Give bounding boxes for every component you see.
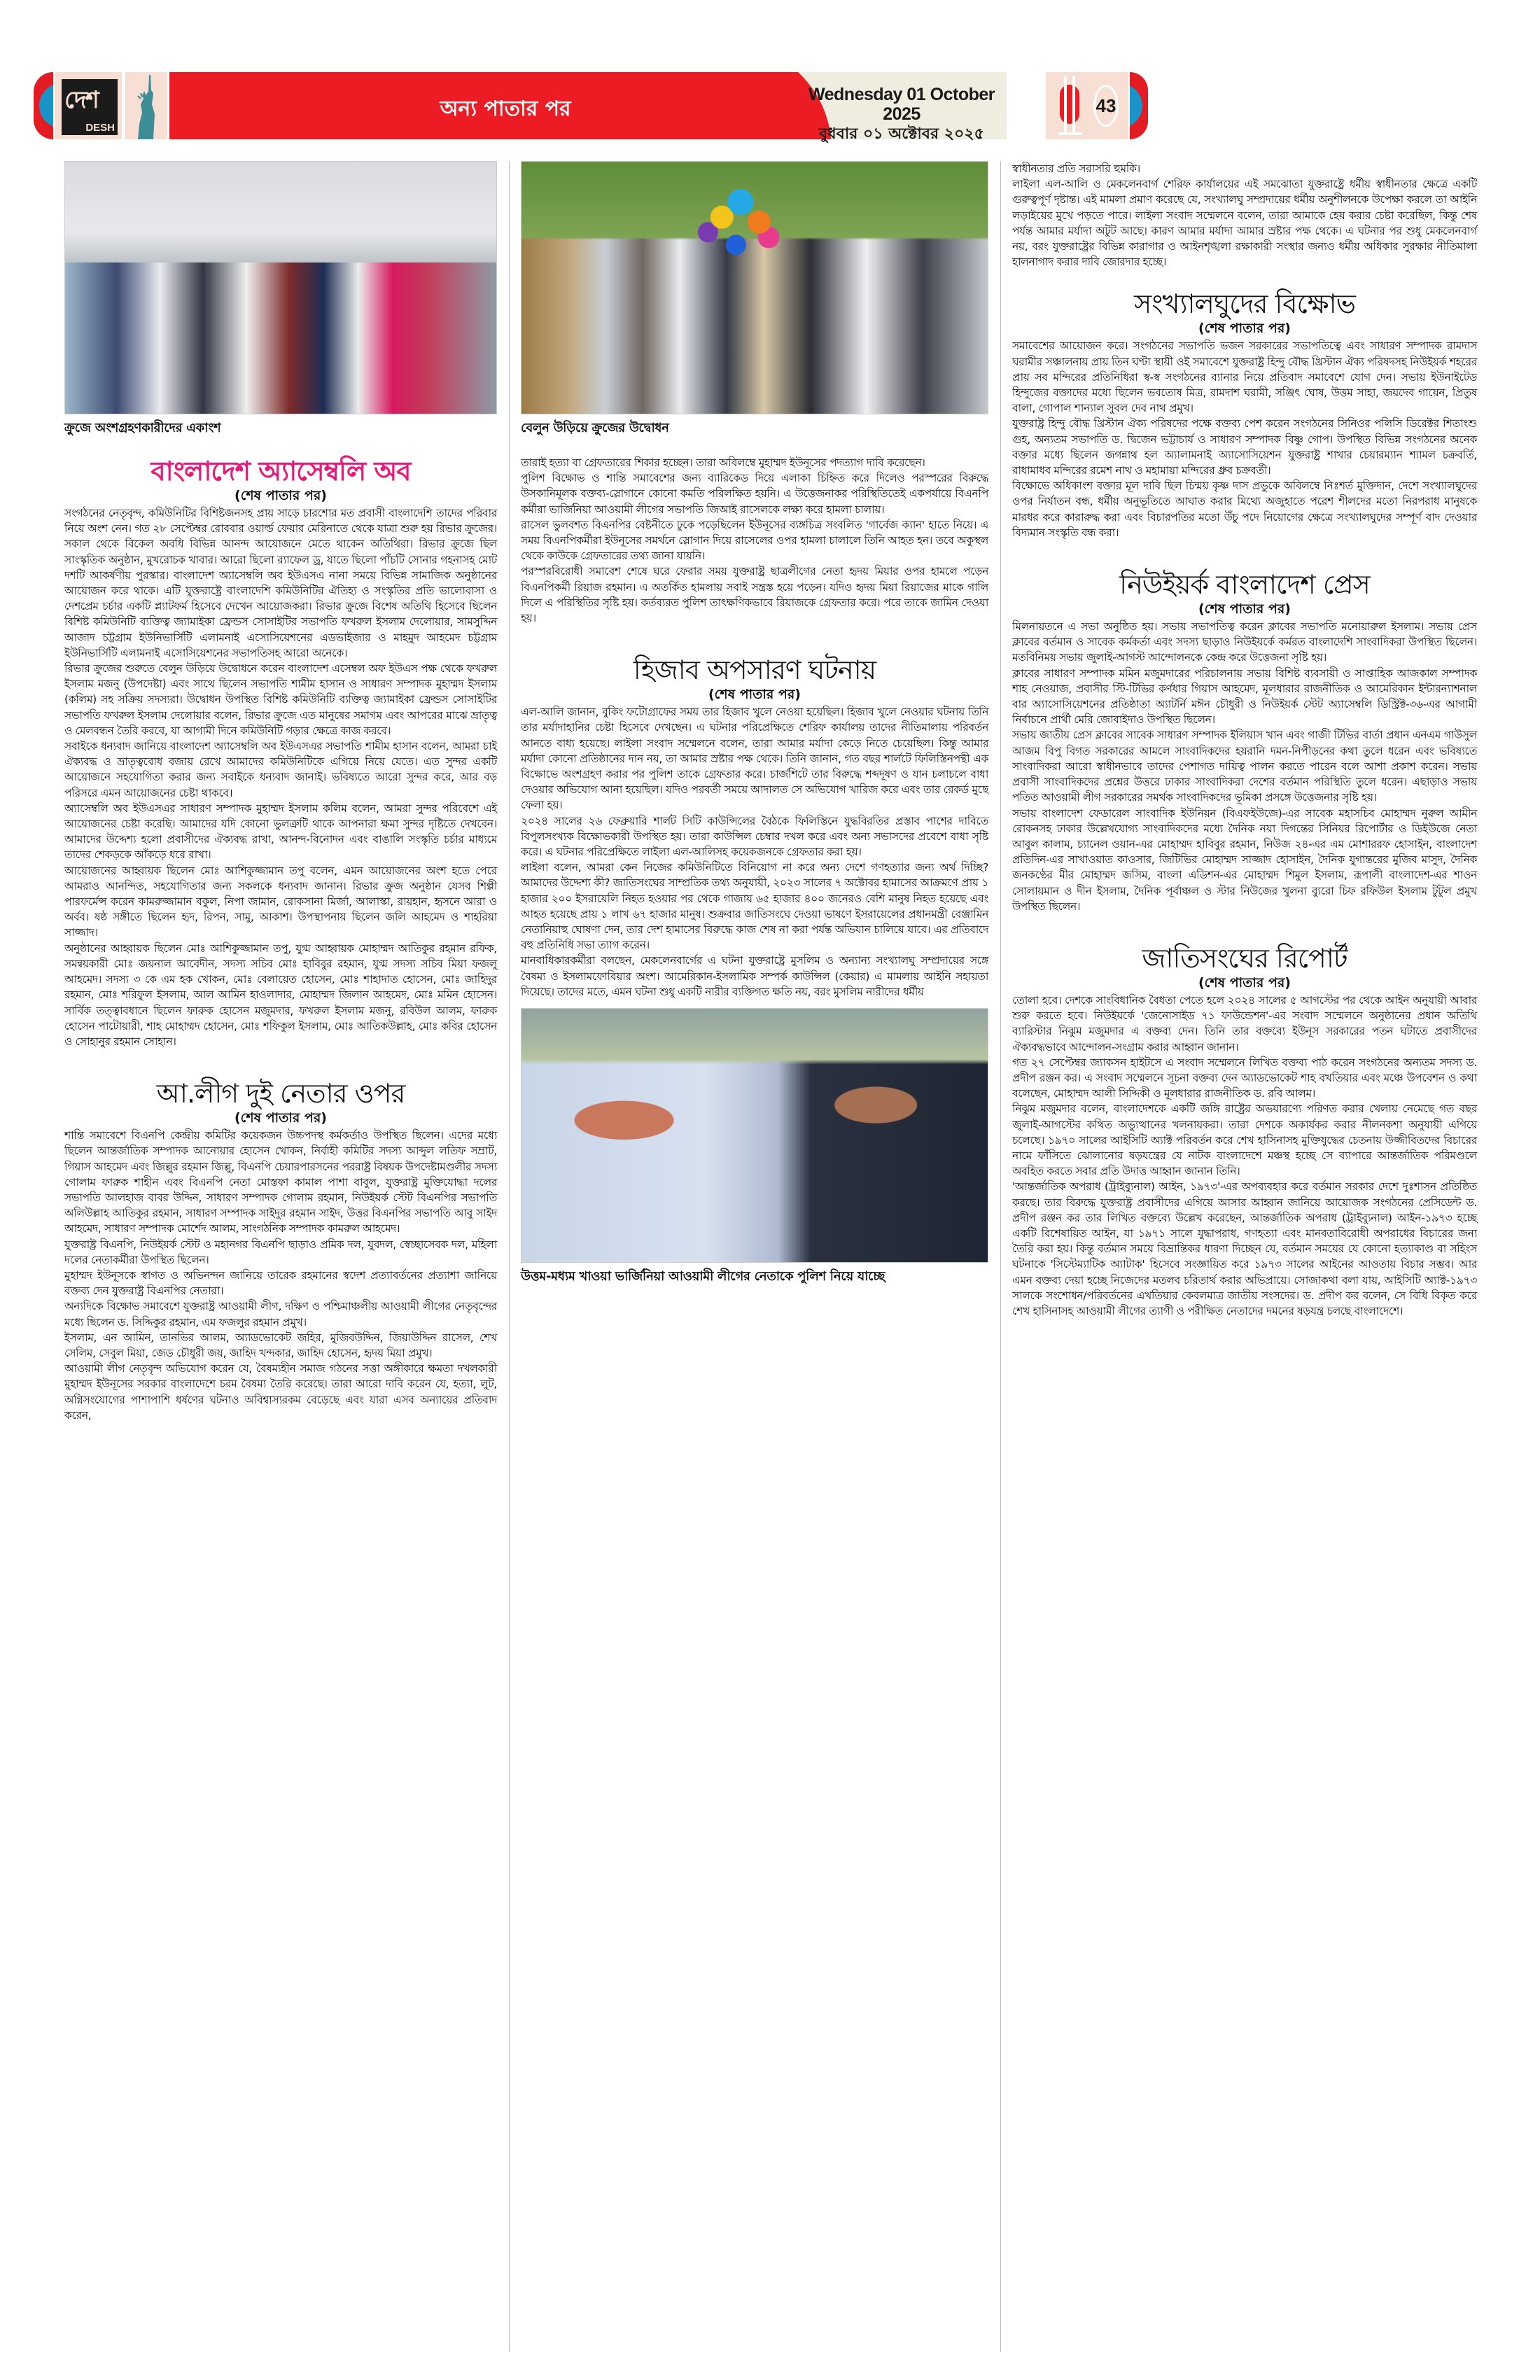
paragraph: আওয়ামী লীগ নেতৃবৃন্দ অভিযোগ করেন যে, বৈ… [64,1361,497,1423]
article-headline[interactable]: আ.লীগ দুই নেতার ওপর [64,1077,497,1109]
column-middle: বেলুন উড়িয়ে ক্রুজের উদ্বোধন তারাই হত্য… [521,161,988,1285]
issue-date: Wednesday 01 October 2025 বুধবার ০১ অক্ট… [797,85,1007,145]
article-body: সমাবেশের আয়োজন করে। সংগঠনের সভাপতি ভজন … [1012,338,1477,540]
article-un-report: জাতিসংঘের রিপোর্ট (শেষ পাতার পর) তোলা হব… [1012,942,1477,1319]
paragraph: লাইলা এল-আলি ও মেকলেনবার্গ শেরিফ কার্যাল… [1012,176,1477,269]
paragraph: লাইলা বলেন, আমরা কেন নিজের কমিউনিটিতে বি… [521,860,988,953]
section-title: অন্য পাতার পর [379,92,631,127]
paragraph: মানবাধিকারকর্মীরা বলছেন, মেকলেনবার্গের এ… [521,953,988,1000]
paragraph: মিলনায়তনে এ সভা অনুষ্ঠিত হয়। সভায় সভা… [1012,619,1477,666]
masthead-left-cap [34,72,53,139]
photo-police-awami-leader: উত্তম-মধ্যম খাওয়া ভার্জিনিয়া আওয়ামী ল… [521,1008,988,1285]
continued-label: (শেষ পাতার পর) [1012,320,1477,337]
article-body: তোলা হবে। দেশকে সাংবিধানিক বৈধতা পেতে হল… [1012,993,1477,1319]
article-headline[interactable]: হিজাব অপসারণ ঘটনায় [521,654,988,686]
paragraph: মুহাম্মদ ইউনূসকে স্বাগত ও অভিনন্দন জানিয… [64,1268,497,1298]
photo-image[interactable] [64,161,497,414]
paragraph: ইসলাম, এন আমিন, তানভির আলম, অ্যাডভোকেট জ… [64,1330,497,1361]
photo-cruise-participants: ক্রুজে অংশগ্রহণকারীদের একাংশ [64,161,497,437]
paragraph: তারাই হত্যা বা গ্রেফতারের শিকার হচ্ছেন। … [521,455,988,470]
paragraph: বিক্ষোভে অধিকাংশ বক্তার মূল দাবি ছিল চিন… [1012,478,1477,540]
continued-label: (শেষ পাতার পর) [64,487,497,504]
hijab-continuation: স্বাধীনতার প্রতি সরাসরি হুমকি। লাইলা এল-… [1012,161,1477,269]
article-body: শান্তি সমাবেশে বিএনপি কেন্দ্রীয় কমিটির … [64,1128,497,1423]
paragraph: সভায় বাংলাদেশ ফেডারেল সাংবাদিক ইউনিয়ন … [1012,806,1477,914]
photo-caption: ক্রুজে অংশগ্রহণকারীদের একাংশ [64,420,497,437]
paragraph: অনুষ্ঠানের আহ্বায়ক ছিলেন মোঃ আশিকুজ্জাম… [64,941,497,1049]
paragraph: সবাইকে ধন্যবাদ জানিয়ে বাংলাদেশ অ্যাসেম্… [64,738,497,801]
photo-image[interactable] [521,1008,988,1263]
paragraph: স্বাধীনতার প্রতি সরাসরি হুমকি। [1012,161,1477,176]
article-body: মিলনায়তনে এ সভা অনুষ্ঠিত হয়। সভায় সভা… [1012,619,1477,914]
continued-label: (শেষ পাতার পর) [1012,601,1477,617]
paragraph: অ্যাসেম্বলি অব ইউএসএর সাধারণ সম্পাদক মুহ… [64,801,497,863]
logo-english-text: DESH [85,122,115,134]
paragraph: অন্যদিকে বিক্ষোভ সমাবেশে যুক্তরাষ্ট্র আও… [64,1298,497,1329]
photo-balloon-inauguration: বেলুন উড়িয়ে ক্রুজের উদ্বোধন [521,161,988,437]
continued-label: (শেষ পাতার পর) [1012,974,1477,991]
paragraph: গত ২৭ সেপ্টেম্বর জ্যাকসন হাইটসে এ সংবাদ … [1012,1055,1477,1102]
photo-caption: বেলুন উড়িয়ে ক্রুজের উদ্বোধন [521,420,988,437]
paragraph: পুলিশ বিক্ষোভ ও শান্তি সমাবেশের জন্য ব্য… [521,470,988,517]
paragraph: সমাবেশের আয়োজন করে। সংগঠনের সভাপতি ভজন … [1012,338,1477,416]
date-english: Wednesday 01 October 2025 [797,85,1007,124]
continued-label: (শেষ পাতার পর) [64,1109,497,1126]
statue-of-liberty-icon [125,72,167,139]
paragraph: পরস্পরবিরোধী সমাবেশ শেষে ঘরে ফেরার সময় … [521,563,988,626]
date-bengali: বুধবার ০১ অক্টোবর ২০২৫ [797,124,1007,145]
awami-leaders-continuation: তারাই হত্যা বা গ্রেফতারের শিকার হচ্ছেন। … [521,455,988,626]
paragraph: যুক্তরাষ্ট্র হিন্দু বৌদ্ধ খ্রিস্টান ঐক্য… [1012,416,1477,478]
paragraph: ২০২৪ সালের ২৬ ফেব্রুয়ারি শার্লট সিটি কা… [521,813,988,860]
paragraph: এল-আলি জানান, বুকিং ফটোগ্রাফের সময় তার … [521,704,988,813]
article-headline[interactable]: বাংলাদেশ অ্যাসেম্বলি অব [64,455,497,487]
photo-caption: উত্তম-মধ্যম খাওয়া ভার্জিনিয়া আওয়ামী ল… [521,1268,988,1285]
newspaper-logo[interactable]: দেশ DESH [55,72,122,139]
column-left: ক্রুজে অংশগ্রহণকারীদের একাংশ বাংলাদেশ অ্… [64,161,497,1423]
paragraph: তোলা হবে। দেশকে সাংবিধানিক বৈধতা পেতে হল… [1012,993,1477,1055]
paragraph: রিভার ক্রুজের শুরুতে বেলুন উড়িয়ে উদ্বো… [64,661,497,738]
photo-image[interactable] [521,161,988,414]
flag-emblem-icon [1060,85,1079,124]
article-headline[interactable]: সংখ্যালঘুদের বিক্ষোভ [1012,288,1477,320]
continued-label: (শেষ পাতার পর) [521,686,988,703]
column-divider [509,161,510,2352]
column-divider [1000,161,1001,2352]
page-number: 43 [1093,85,1119,127]
article-press-club: নিউইয়র্ক বাংলাদেশ প্রেস (শেষ পাতার পর) … [1012,568,1477,914]
paragraph: সংগঠনের নেতৃবৃন্দ, কমিউনিটির বিশিষ্টজনসহ… [64,505,497,661]
masthead: দেশ DESH অন্য পাতার পর Wednesday 01 Octo… [34,72,1506,143]
paragraph: আয়োজনের আহ্বায়ক ছিলেন মোঃ আশিকুজ্জামান… [64,863,497,941]
paragraph: সভায় জাতীয় প্রেস ক্লাবের সাবেক সাধারণ … [1012,727,1477,805]
article-hijab: হিজাব অপসারণ ঘটনায় (শেষ পাতার পর) এল-আল… [521,654,988,1000]
article-minorities-protest: সংখ্যালঘুদের বিক্ষোভ (শেষ পাতার পর) সমাব… [1012,288,1477,540]
article-awami-leaders: আ.লীগ দুই নেতার ওপর (শেষ পাতার পর) শান্ত… [64,1077,497,1423]
paragraph: ক্লাবের সাধারণ সম্পাদক মমিন মজুমদারের পর… [1012,666,1477,728]
paragraph: 'আন্তর্জাতিক অপরাধ (ট্রাইব্যুনাল) আইন, ১… [1012,1179,1477,1319]
article-body: এল-আলি জানান, বুকিং ফটোগ্রাফের সময় তার … [521,704,988,1000]
paragraph: যুক্তরাষ্ট্র বিএনপি, নিউইয়র্ক স্টেট ও ম… [64,1237,497,1268]
masthead-right-cap [1130,72,1148,139]
article-body: সংগঠনের নেতৃবৃন্দ, কমিউনিটির বিশিষ্টজনসহ… [64,505,497,1049]
paragraph: রাসেল ভুলবশত বিএনপির বেষ্টনীতে ঢুকে পড়ে… [521,517,988,564]
logo-bengali-text: দেশ [64,82,98,122]
paragraph: নিঝুম মজুমদার বলেন, বাংলাদেশকে একটি জঙ্গ… [1012,1101,1477,1179]
article-headline[interactable]: জাতিসংঘের রিপোর্ট [1012,942,1477,974]
article-headline[interactable]: নিউইয়র্ক বাংলাদেশ প্রেস [1012,568,1477,601]
paragraph: শান্তি সমাবেশে বিএনপি কেন্দ্রীয় কমিটির … [64,1128,497,1236]
page-number-panel: 43 [1046,72,1128,139]
article-assembly: বাংলাদেশ অ্যাসেম্বলি অব (শেষ পাতার পর) স… [64,455,497,1049]
column-right: স্বাধীনতার প্রতি সরাসরি হুমকি। লাইলা এল-… [1012,161,1477,1319]
